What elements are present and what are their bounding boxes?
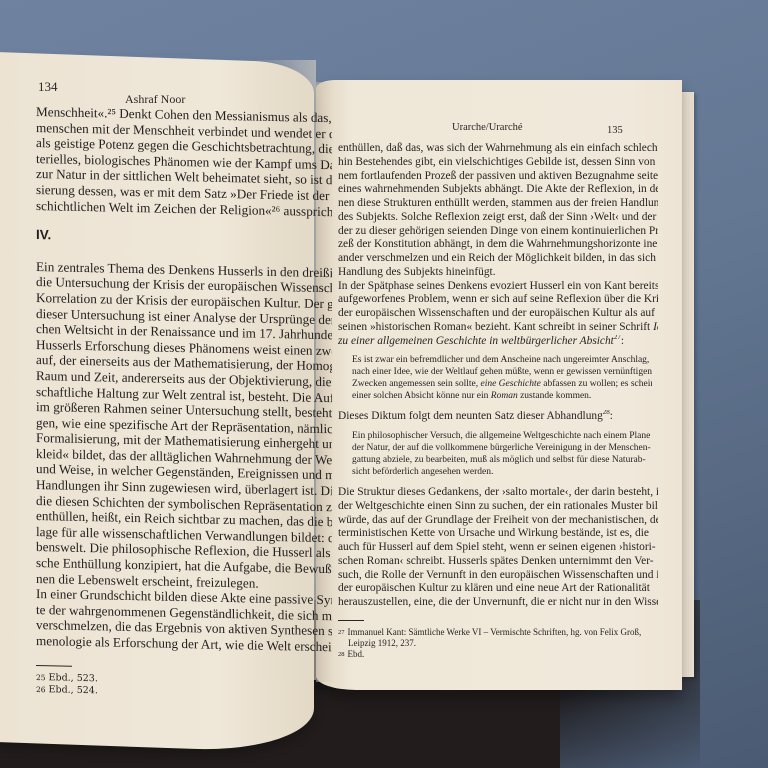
footnote-text: Leipzig 1912, 237.: [348, 638, 416, 648]
text-line: nen diese Strukturen enthüllt werden, st…: [338, 197, 658, 211]
text-line: ander verschmelzen und ein Reich der Mög…: [338, 252, 658, 266]
text-line: würde, das auf der Grundlage der Freihei…: [338, 514, 658, 528]
quote-line: Es ist zwar ein befremdlicher und dem An…: [352, 354, 652, 366]
footnote-text: Immanuel Kant: Sämtliche Werke VI – Verm…: [348, 627, 642, 637]
text-span: Dieses Diktum folgt dem neunten Satz die…: [338, 410, 603, 422]
right-running-head: Urarche/Urarché: [452, 122, 523, 133]
text-line: nem fortlaufenden Prozeß der passiven un…: [338, 170, 658, 184]
footnote-number: 26: [36, 685, 46, 694]
punctuation: :: [621, 335, 624, 347]
block-quote-kant: Es ist zwar ein befremdlicher und dem An…: [352, 354, 652, 402]
text-line: auch für Husserl auf dem Spiel steht, we…: [338, 541, 658, 555]
text-line: seinen »historischen Roman« bezieht. Kan…: [338, 321, 658, 335]
text-line: terministischen Kette von Ursache und Wi…: [338, 527, 658, 541]
footnote-number: 28: [338, 651, 345, 658]
text-line: zu einer allgemeinen Geschichte in weltb…: [338, 335, 658, 349]
footnote-ref: 27: [614, 335, 621, 341]
quote-line: Zwecken angemessen sein sollte, eine Ges…: [352, 378, 652, 390]
text-line: Die Struktur dieses Gedankens, der ›salt…: [338, 486, 658, 500]
book-title-italic: Ideen: [653, 321, 658, 333]
text-line: enthüllen, daß das, was sich der Wahrneh…: [338, 142, 658, 156]
text-line: hin Bestehendes gibt, ein vielschichtige…: [338, 156, 658, 170]
quote-line: sicht beförderlich angesehen werden.: [352, 466, 652, 478]
quote-line: nach einer Idee, wie der Weltlauf gehen …: [352, 366, 652, 378]
left-running-head: Ashraf Noor: [125, 92, 185, 107]
text-line: des Subjekts. Solche Reflexion zeigt ers…: [338, 211, 658, 225]
block-quote-ninth-thesis: Ein philosophischer Versuch, die allgeme…: [352, 430, 652, 478]
footnote-text: Ebd., 523.: [49, 672, 98, 684]
left-page-body: Menschheit«.²⁵ Denkt Cohen den Messianis…: [36, 104, 336, 702]
footnote-text: Ebd., 524.: [49, 684, 98, 696]
punctuation: :: [610, 410, 613, 422]
left-paragraph-3: In einer Grundschicht bilden diese Akte …: [36, 586, 336, 655]
right-page-body: enthüllen, daß das, was sich der Wahrneh…: [338, 142, 658, 660]
footnote-rule: [36, 665, 72, 667]
quote-line: gattung abziele, zu bearbeiten, muß als …: [352, 454, 652, 466]
footnote-number: 27: [338, 629, 345, 636]
footnote-rule: [338, 620, 364, 621]
right-paragraph-3: Die Struktur dieses Gedankens, der ›salt…: [338, 486, 658, 610]
left-page-number: 134: [38, 79, 58, 95]
section-heading: IV.: [36, 227, 336, 249]
text-span: seinen »historischen Roman« bezieht. Kan…: [338, 321, 650, 333]
footnote: 28Ebd.: [338, 649, 658, 660]
footnote-ref: 28: [603, 410, 610, 416]
text-line: der europäischen Kultur zu klären und ei…: [338, 582, 658, 596]
text-line: In der Spätphase seines Denkens evoziert…: [338, 280, 658, 294]
text-line: der Weltgeschichte einen Sinn zu suchen,…: [338, 500, 658, 514]
text-line: der europäischen Wissenschaften und der …: [338, 307, 658, 321]
text-span: zustande kommen.: [518, 391, 592, 401]
italic-span: eine Geschichte: [480, 379, 540, 389]
quote-line: einer solchen Absicht könne nur ein Roma…: [352, 390, 652, 402]
right-page-number: 135: [607, 125, 623, 136]
text-span: einer solchen Absicht könne nur ein: [352, 391, 491, 401]
footnote-number: 25: [36, 673, 46, 682]
italic-span: Roman: [491, 391, 518, 401]
left-paragraph-2: Ein zentrales Thema des Denkens Husserls…: [36, 259, 336, 593]
text-line: zeß der Konstitution abhängt, in dem die…: [338, 238, 658, 252]
text-line: such, die Rolle der Vernunft in den euro…: [338, 569, 658, 583]
quote-line: der Natur, der auf die vollkommene bürge…: [352, 442, 652, 454]
text-span: Zwecken angemessen sein sollte,: [352, 379, 480, 389]
text-line: eines wahrnehmenden Subjekts abhängt. Di…: [338, 183, 658, 197]
footnote-text: Ebd.: [348, 649, 365, 659]
footnote-continuation: Leipzig 1912, 237.: [338, 638, 658, 649]
text-line: der zu dieser gehörigen seienden Dinge v…: [338, 225, 658, 239]
footnote: 27Immanuel Kant: Sämtliche Werke VI – Ve…: [338, 627, 658, 638]
book-title-italic: zu einer allgemeinen Geschichte in weltb…: [338, 335, 614, 347]
text-line: herauszustellen, eine, die der Unvernunf…: [338, 596, 658, 610]
bridge-sentence: Dieses Diktum folgt dem neunten Satz die…: [338, 410, 658, 424]
left-paragraph-1: Menschheit«.²⁵ Denkt Cohen den Messianis…: [36, 104, 336, 219]
right-paragraph-1: enthüllen, daß das, was sich der Wahrneh…: [338, 142, 658, 280]
right-paragraph-2: In der Spätphase seines Denkens evoziert…: [338, 280, 658, 349]
text-line: schen Roman‹ schreibt. Husserls spätes D…: [338, 555, 658, 569]
text-span: abfassen zu wollen; es scheint, in: [541, 379, 652, 389]
quote-line: Ein philosophischer Versuch, die allgeme…: [352, 430, 652, 442]
text-line: Handlung des Subjekts hineinfügt.: [338, 266, 658, 280]
text-line: aufgeworfenes Problem, wenn er sich auf …: [338, 293, 658, 307]
right-footnotes: 27Immanuel Kant: Sämtliche Werke VI – Ve…: [338, 627, 658, 660]
